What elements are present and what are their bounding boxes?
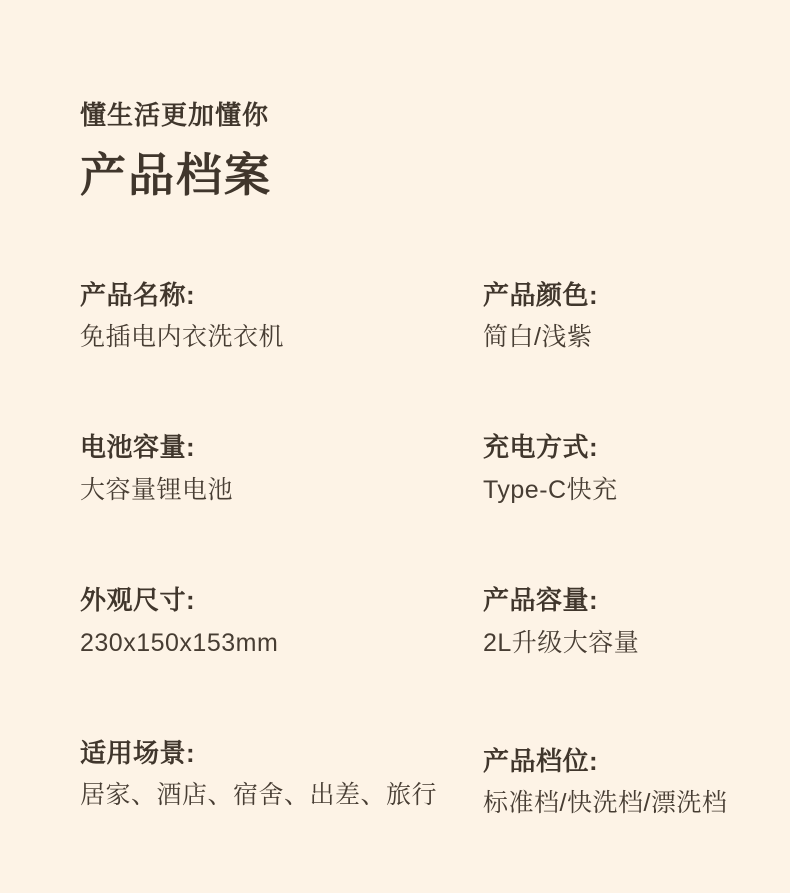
header-subtitle: 懂生活更加懂你 — [80, 100, 750, 131]
spec-value: 大容量锂电池 — [80, 475, 483, 506]
spec-label: 外观尺寸: — [80, 584, 483, 617]
spec-label: 产品颜色: — [483, 279, 750, 312]
spec-item-product-color: 产品颜色: 简白/浅紫 — [483, 279, 750, 354]
spec-label: 产品容量: — [483, 584, 750, 617]
spec-grid: 产品名称: 免插电内衣洗衣机 产品颜色: 简白/浅紫 电池容量: 大容量锂电池 … — [80, 279, 750, 820]
spec-item-dimensions: 外观尺寸: 230x150x153mm — [80, 584, 483, 659]
header: 懂生活更加懂你 产品档案 — [80, 100, 750, 205]
spec-item-charging-method: 充电方式: Type-C快充 — [483, 431, 750, 506]
spec-value: 免插电内衣洗衣机 — [80, 322, 483, 353]
spec-item-battery-capacity: 电池容量: 大容量锂电池 — [80, 431, 483, 506]
spec-label: 充电方式: — [483, 431, 750, 464]
spec-item-product-name: 产品名称: 免插电内衣洗衣机 — [80, 279, 483, 354]
spec-value: 230x150x153mm — [80, 628, 483, 659]
spec-value: 2L升级大容量 — [483, 628, 750, 659]
spec-label: 产品档位: — [483, 745, 750, 778]
spec-label: 产品名称: — [80, 279, 483, 312]
spec-label: 电池容量: — [80, 431, 483, 464]
spec-label: 适用场景: — [80, 737, 483, 770]
spec-value: 标准档/快洗档/漂洗档 — [483, 788, 750, 819]
spec-value: 居家、酒店、宿舍、出差、旅行 — [80, 780, 483, 811]
spec-value: Type-C快充 — [483, 475, 750, 506]
spec-item-wash-modes: 产品档位: 标准档/快洗档/漂洗档 — [483, 745, 750, 820]
spec-item-use-scenarios: 适用场景: 居家、酒店、宿舍、出差、旅行 — [80, 737, 483, 820]
spec-item-product-capacity: 产品容量: 2L升级大容量 — [483, 584, 750, 659]
spec-value: 简白/浅紫 — [483, 322, 750, 353]
product-profile-page: 懂生活更加懂你 产品档案 产品名称: 免插电内衣洗衣机 产品颜色: 简白/浅紫 … — [0, 0, 790, 893]
page-title: 产品档案 — [80, 147, 750, 205]
